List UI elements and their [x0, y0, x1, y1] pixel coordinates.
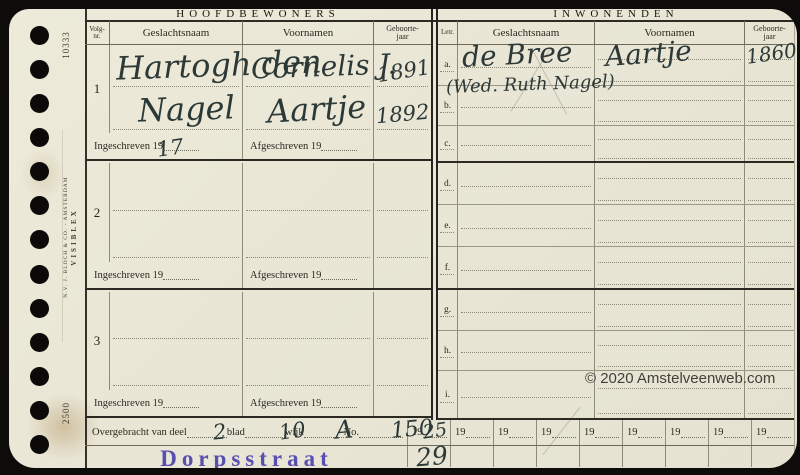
punch-hole [30, 196, 49, 215]
inwonende-row: f. [438, 247, 794, 290]
street-name-stamp: Dorpsstraat [85, 446, 408, 468]
handwritten-ingeschreven-year: 17 [156, 136, 185, 161]
column-header-text: Voornamen [243, 27, 373, 39]
serial-number-vertical: 10333 [61, 20, 71, 70]
year-cell: 19 [666, 420, 709, 445]
firstnames-cell [595, 331, 745, 370]
inwonende-row: d. [438, 163, 794, 205]
strip-birthyear-cell [374, 390, 431, 416]
birthyear-cell [745, 126, 794, 161]
punch-hole [30, 230, 49, 249]
year-prefix: 19 [627, 427, 638, 438]
birthyear-cell [745, 247, 794, 288]
birthyear-cell [745, 331, 794, 370]
letter-label: e. [438, 205, 458, 246]
year-prefix: 19 [541, 427, 552, 438]
year-prefix: 19 [455, 427, 466, 438]
year-prefix: 19 [756, 427, 767, 438]
printer-brand-text: VISIBLEX [70, 142, 78, 332]
printer-company-text: N.V. J. BLOCH & CO. - AMSTERDAM [62, 142, 70, 332]
punch-hole [30, 367, 49, 386]
hoofdbewoner-row: 2 [85, 163, 431, 262]
handwritten-surname-line2: Nagel [137, 91, 235, 126]
column-header-geboortejaar: Geboorte- jaar [374, 21, 431, 45]
dotted-leader [681, 428, 705, 438]
afgeschreven-label: Afgeschreven 19 [250, 270, 321, 281]
punch-hole [30, 333, 49, 352]
column-header-text: jaar [374, 33, 431, 41]
ingeschreven-label: Ingeschreven 19 [94, 270, 163, 281]
column-header-letter: Letr. [438, 21, 458, 45]
register-card-scan: 10333 N.V. J. BLOCH & CO. - AMSTERDAM VI… [0, 0, 800, 475]
handwritten-year: 25 [422, 420, 449, 442]
dotted-leader [595, 428, 619, 438]
firstnames-cell [595, 126, 745, 161]
surname-cell [110, 163, 243, 262]
street-empty-cell [580, 446, 623, 467]
year-prefix: 19 [713, 427, 724, 438]
birthyear-cell [374, 292, 431, 390]
surname-cell [458, 205, 595, 246]
section-title-hoofdbewoners: HOOFDBEWONERS [85, 9, 431, 20]
section-title-inwonenden: INWONENDEN [438, 9, 794, 20]
firstnames-cell [595, 163, 745, 204]
punch-hole [30, 435, 49, 454]
inwonende-row: c. [438, 126, 794, 163]
year-cell: 19 [709, 420, 752, 445]
afgeschreven-cell: Afgeschreven 19 [243, 262, 374, 288]
handwritten-firstname: Aartje [604, 37, 693, 71]
printer-brand-vertical: N.V. J. BLOCH & CO. - AMSTERDAM VISIBLEX [62, 142, 78, 332]
year-cell: 19 [494, 420, 537, 445]
punch-hole [30, 401, 49, 420]
year-cell: 19 [752, 420, 794, 445]
handwritten-wijk: A [334, 416, 354, 442]
registration-strip: Ingeschreven 19 17 Afgeschreven 19 [85, 133, 431, 161]
hoofdbewoner-row: 1 Hartogh den Nagel Cornelis J. Aartje 1… [85, 45, 431, 133]
firstnames-cell: Cornelis J. Aartje [243, 45, 374, 133]
dotted-leader [163, 270, 199, 280]
handwritten-firstname-line1: Cornelis J. [251, 50, 397, 83]
print-code-vertical: 2500 [61, 388, 71, 438]
handwritten-firstname-line2: Aartje [266, 90, 367, 127]
surname-cell [458, 163, 595, 204]
handwritten-deel: 2 [212, 421, 227, 443]
section-divider [431, 9, 438, 420]
birthyear-cell [745, 163, 794, 204]
afgeschreven-cell: Afgeschreven 19 [243, 390, 374, 416]
surname-cell [458, 247, 595, 288]
column-header-voornamen: Voornamen [243, 21, 374, 45]
letter-label: i. [438, 371, 458, 418]
ingeschreven-cell: Ingeschreven 19 [85, 390, 243, 416]
firstnames-cell [595, 290, 745, 330]
punch-hole [30, 26, 49, 45]
firstnames-cell: Aartje [595, 45, 745, 85]
column-header-text: Letr. [438, 29, 457, 36]
year-prefix: 19 [498, 427, 509, 438]
birthyear-cell: 1860. [745, 45, 794, 85]
afgeschreven-cell: Afgeschreven 19 [243, 133, 374, 159]
street-empty-cell [666, 446, 709, 467]
year-prefix: 19 [670, 427, 681, 438]
surname-cell [458, 331, 595, 370]
punch-hole [30, 60, 49, 79]
inwonende-row: h. [438, 331, 794, 371]
birthyear-cell [745, 205, 794, 246]
punch-hole [30, 265, 49, 284]
year-cell: 19 [451, 420, 494, 445]
year-cell: 19 [580, 420, 623, 445]
birthyear-cell [745, 86, 794, 125]
hoofdbewoner-row: 3 [85, 292, 431, 390]
surname-cell [458, 371, 595, 418]
dotted-leader [638, 428, 662, 438]
dotted-leader [321, 270, 357, 280]
column-header-text: nr. [85, 33, 109, 40]
afgeschreven-label: Afgeschreven 19 [250, 398, 321, 409]
dotted-leader [724, 428, 748, 438]
column-header-text: Geslachtsnaam [110, 27, 242, 39]
street-number-cell: 29 [408, 446, 451, 467]
year-cell: 19 [623, 420, 666, 445]
handwritten-house-number: 29 [415, 443, 449, 468]
column-header-volgnr: Volg- nr. [85, 21, 110, 45]
row-number: 3 [85, 292, 110, 390]
afgeschreven-label: Afgeschreven 19 [250, 141, 321, 152]
registration-strip: Ingeschreven 19 Afgeschreven 19 [85, 262, 431, 290]
strip-birthyear-cell [374, 133, 431, 159]
row-number: 1 [85, 45, 110, 133]
punch-hole [30, 299, 49, 318]
punch-hole [30, 162, 49, 181]
firstnames-cell [595, 205, 745, 246]
birthyear-cell [745, 290, 794, 330]
letter-label: g. [438, 290, 458, 330]
firstnames-cell [595, 247, 745, 288]
letter-label: f. [438, 247, 458, 288]
ingeschreven-label: Ingeschreven 19 [94, 141, 163, 152]
firstnames-cell [243, 163, 374, 262]
dotted-leader [767, 428, 791, 438]
ingeschreven-cell: Ingeschreven 19 [85, 262, 243, 288]
row-number: 2 [85, 163, 110, 262]
copyright-watermark: © 2020 Amstelveenweb.com [585, 370, 797, 387]
street-empty-cell [709, 446, 752, 467]
street-empty-cell [451, 446, 494, 467]
dotted-leader [509, 428, 533, 438]
punch-hole [30, 94, 49, 113]
dotted-leader [552, 428, 576, 438]
firstnames-cell [243, 292, 374, 390]
street-empty-cell [494, 446, 537, 467]
surname-cell [458, 290, 595, 330]
handwritten-birthyear-line2: 1892 [375, 102, 430, 128]
punch-hole [30, 128, 49, 147]
ingeschreven-label: Ingeschreven 19 [94, 398, 163, 409]
inwonende-row: g. [438, 290, 794, 331]
column-header-geslachtsnaam: Geslachtsnaam [110, 21, 243, 45]
surname-cell: Hartogh den Nagel [110, 45, 243, 133]
handwritten-birthyear-line1: 1891 [376, 57, 432, 86]
surname-cell [110, 292, 243, 390]
dotted-leader [163, 398, 199, 408]
inwonende-row: a. de Bree (Wed. Ruth Nagel) Aartje 1860… [438, 45, 794, 86]
street-empty-cell [752, 446, 794, 467]
year-cell: 19 [537, 420, 580, 445]
handwritten-surname-line1: de Bree [461, 38, 573, 72]
blad-label: blad [227, 427, 245, 438]
table-right-border [794, 9, 795, 459]
firstnames-cell [595, 86, 745, 125]
surname-cell: de Bree (Wed. Ruth Nagel) [458, 45, 595, 85]
overgebracht-cell: Overgebracht van deel blad wijk No. 2 10… [85, 420, 408, 445]
overgebracht-label: Overgebracht van deel [92, 427, 187, 438]
strip-birthyear-cell [374, 262, 431, 288]
letter-label: d. [438, 163, 458, 204]
surname-cell [458, 126, 595, 161]
dotted-leader [466, 428, 490, 438]
handwritten-blad: 10 [278, 419, 307, 444]
handwritten-birthyear: 1860. [745, 39, 797, 67]
inwonende-row: e. [438, 205, 794, 247]
letter-label: h. [438, 331, 458, 370]
street-empty-cell [623, 446, 666, 467]
letter-label: c. [438, 126, 458, 161]
dotted-leader [321, 398, 357, 408]
registration-strip: Ingeschreven 19 Afgeschreven 19 [85, 390, 431, 418]
dotted-leader [321, 141, 357, 151]
ingeschreven-cell: Ingeschreven 19 17 [85, 133, 243, 159]
card-paper: 10333 N.V. J. BLOCH & CO. - AMSTERDAM VI… [9, 9, 797, 468]
birthyear-cell [374, 163, 431, 262]
street-empty-cell [537, 446, 580, 467]
year-prefix: 19 [584, 427, 595, 438]
